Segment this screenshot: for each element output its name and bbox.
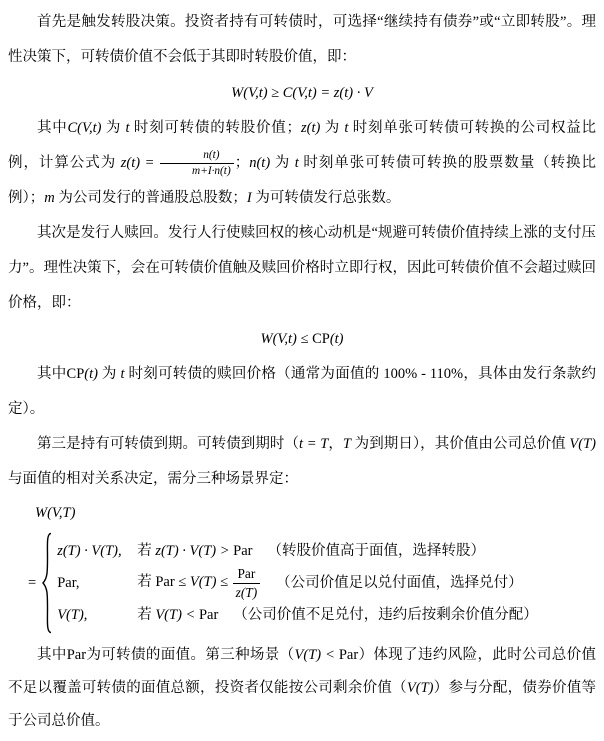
piecewise-comment: （公司价值足以兑付面值，选择兑付） xyxy=(276,568,523,598)
piecewise-function: = z(T) · V(T), 若 z(T) · V(T) > Par （转股价值… xyxy=(8,532,596,634)
piecewise-condition: 若 z(T) · V(T) > Par xyxy=(137,536,252,566)
piecewise-comment: （转股价值高于面值，选择转股） xyxy=(268,536,486,566)
piecewise-row-redeem: Par, 若 Par ≤ V(T) ≤ Parz(T) （公司价值足以兑付面值，… xyxy=(57,566,538,600)
document-page: 首先是触发转股决策。投资者持有可转债时，可选择“继续持有债券”或“立即转股”。理… xyxy=(0,0,604,741)
formula-conversion-floor: W(V,t) ≥ C(V,t) = z(t) · V xyxy=(8,75,596,111)
paragraph-conversion-terms: 其中C(V,t) 为 t 时刻可转债的转股价值；z(t) 为 t 时刻单张可转债… xyxy=(8,111,596,216)
paragraph-par-default: 其中Par为可转债的面值。第三种场景（V(T) < Par）体现了违约风险，此时… xyxy=(8,639,596,738)
piecewise-comment: （公司价值不足兑付，违约后按剩余价值分配） xyxy=(233,600,538,630)
paragraph-maturity: 第三是持有可转债到期。可转债到期时（t = T，T 为到期日），其价值由公司总价… xyxy=(8,427,596,497)
piecewise-condition: 若 Par ≤ V(T) ≤ Parz(T) xyxy=(137,566,261,600)
piecewise-value: V(T), xyxy=(57,600,137,630)
piecewise-value: z(T) · V(T), xyxy=(57,536,137,566)
formula-call-ceiling: W(V,t) ≤ CP(t) xyxy=(8,321,596,357)
paragraph-issuer-call: 其次是发行人赎回。发行人行使赎回权的核心动机是“规避可转债价值持续上涨的支付压力… xyxy=(8,216,596,321)
piecewise-rows: z(T) · V(T), 若 z(T) · V(T) > Par （转股价值高于… xyxy=(57,536,538,630)
piecewise-value: Par, xyxy=(57,568,137,598)
left-brace-icon xyxy=(41,532,52,634)
paragraph-call-price: 其中CP(t) 为 t 时刻可转债的赎回价格（通常为面值的 100% - 110… xyxy=(8,357,596,427)
piecewise-condition: 若 V(T) < Par xyxy=(137,600,218,630)
equals-sign: = xyxy=(28,575,36,592)
fraction: n(t)m+I·n(t) xyxy=(160,149,234,178)
piecewise-row-default: V(T), 若 V(T) < Par （公司价值不足兑付，违约后按剩余价值分配） xyxy=(57,600,538,630)
piecewise-row-convert: z(T) · V(T), 若 z(T) · V(T) > Par （转股价值高于… xyxy=(57,536,538,566)
fraction: Parz(T) xyxy=(233,566,260,600)
paragraph-conversion-decision: 首先是触发转股决策。投资者持有可转债时，可选择“继续持有债券”或“立即转股”。理… xyxy=(8,5,596,75)
piecewise-lhs: W(V,T) xyxy=(8,497,596,529)
